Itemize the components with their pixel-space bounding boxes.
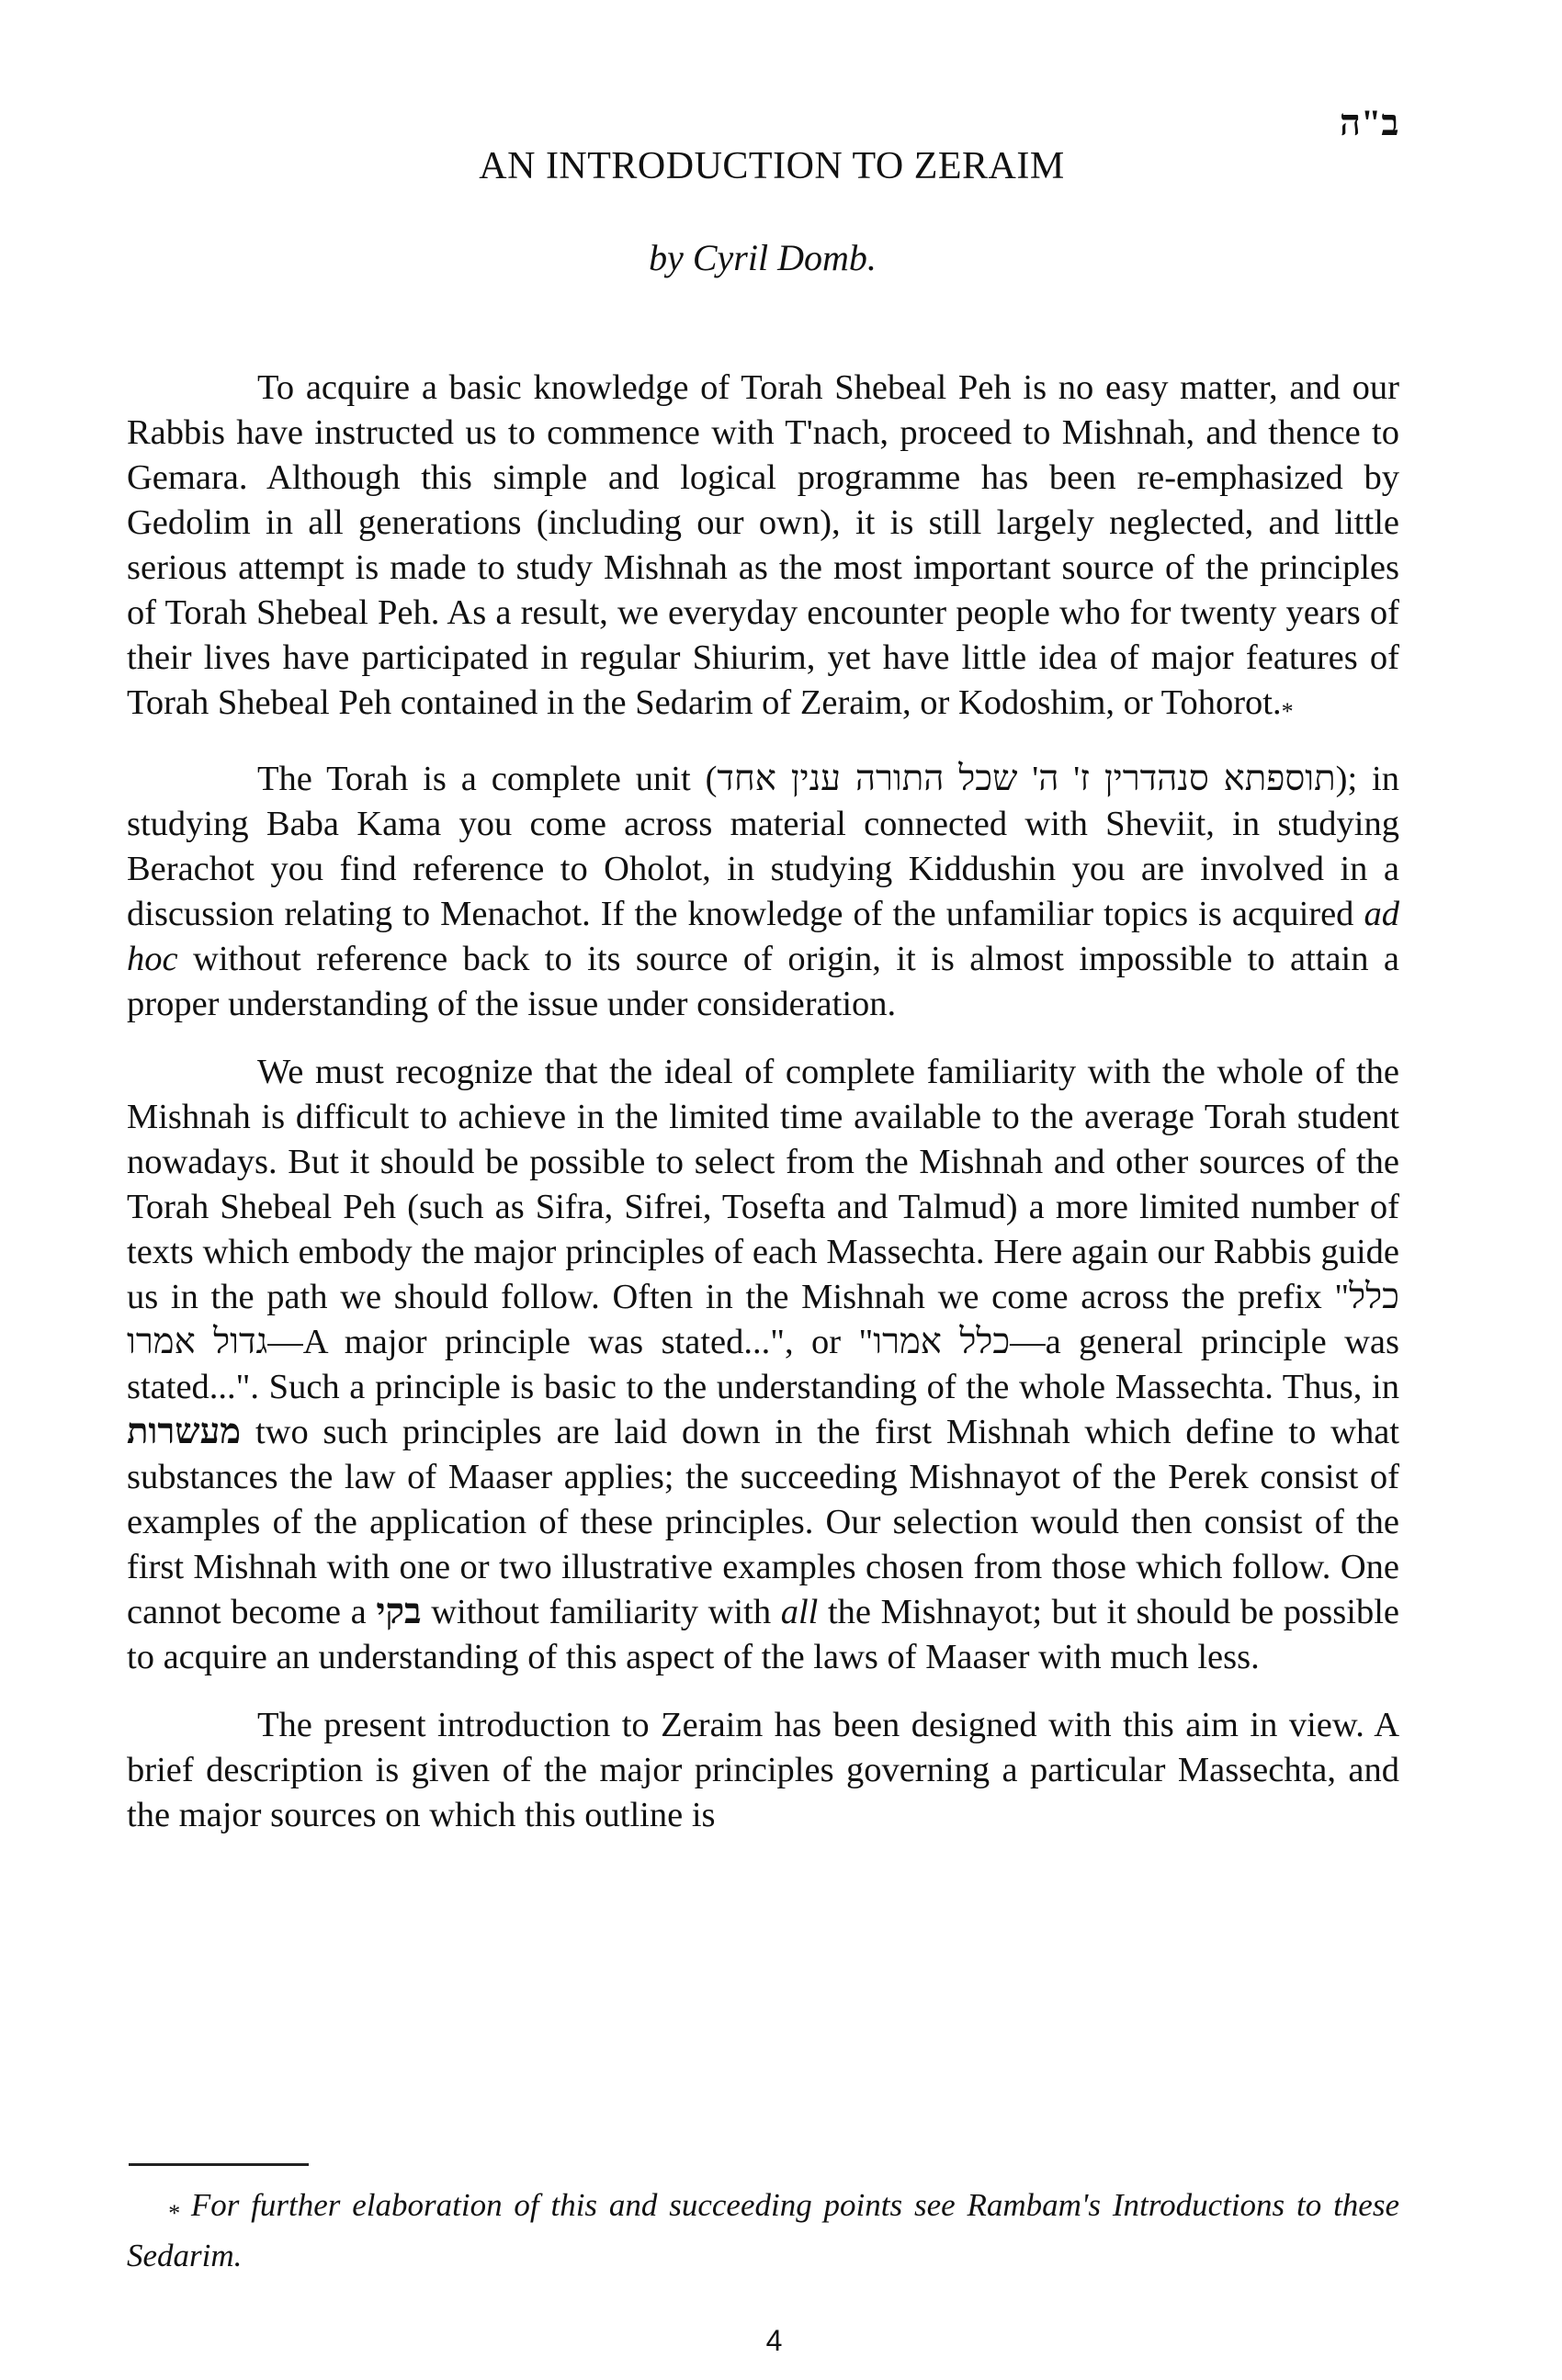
paragraph-3-text-b: —A major principle was stated...", or ": [267, 1323, 873, 1361]
paragraph-4-text: The present introduction to Zeraim has b…: [127, 1706, 1399, 1834]
paragraph-1: To acquire a basic knowledge of Torah Sh…: [127, 366, 1399, 734]
hebrew-maasrot: מעשרות: [127, 1413, 241, 1451]
paragraph-3: We must recognize that the ideal of comp…: [127, 1050, 1399, 1680]
article-author: by Cyril Domb.: [0, 237, 1525, 279]
paragraph-3-text-a: We must recognize that the ideal of comp…: [127, 1053, 1399, 1316]
paragraph-4: The present introduction to Zeraim has b…: [127, 1703, 1399, 1838]
footnote: * For further elaboration of this and su…: [127, 2184, 1399, 2277]
hebrew-baki: בקי: [376, 1593, 421, 1631]
page-number: 4: [0, 2324, 1548, 2358]
footnote-divider: [129, 2163, 309, 2166]
hebrew-klal-amru: כלל אמרו: [873, 1323, 1010, 1361]
hebrew-citation-tosefta: תוספתא סנהדרין ז' ה' שכל התורה ענין אחד: [717, 760, 1335, 798]
page-marker-hebrew: ב"ה: [1340, 101, 1399, 144]
paragraph-2-text-a: The Torah is a complete unit (: [257, 760, 717, 798]
paragraph-2: The Torah is a complete unit (תוספתא סנה…: [127, 757, 1399, 1027]
paragraph-3-text-e: without familiarity with: [422, 1593, 781, 1631]
footnote-mark: *: [167, 2200, 179, 2227]
article-body: To acquire a basic knowledge of Torah Sh…: [127, 366, 1399, 1861]
footnote-text: For further elaboration of this and succ…: [127, 2187, 1399, 2273]
footnote-marker: *: [1282, 698, 1294, 725]
paragraph-2-text-c: without reference back to its source of …: [127, 940, 1399, 1023]
paragraph-1-text: To acquire a basic knowledge of Torah Sh…: [127, 368, 1399, 722]
italic-all: all: [781, 1593, 819, 1631]
article-title: AN INTRODUCTION TO ZERAIM: [0, 145, 1544, 187]
